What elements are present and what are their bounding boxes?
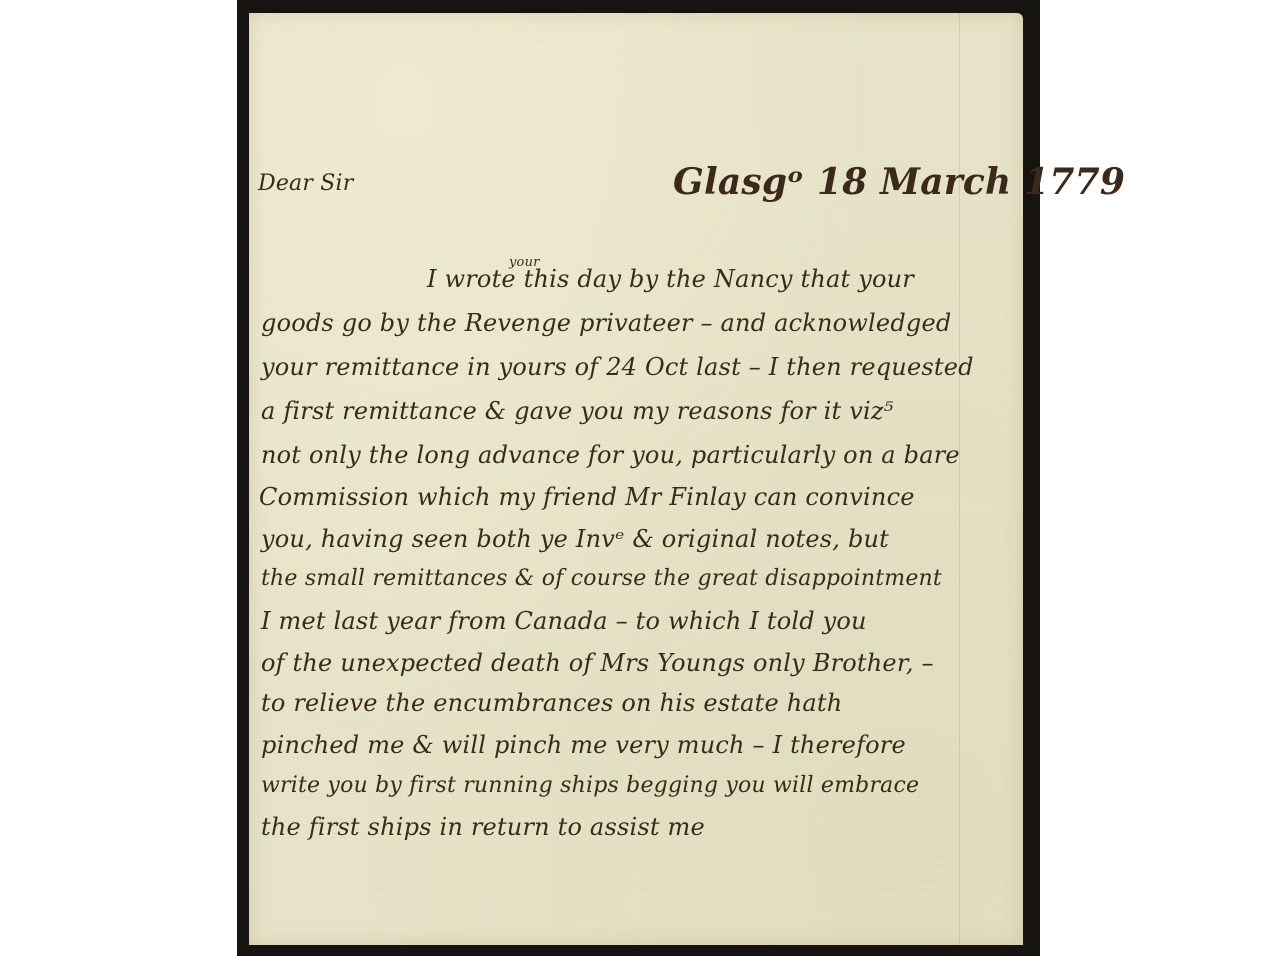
body-line-9: I met last year from Canada – to which I… <box>261 607 867 635</box>
body-line-12: pinched me & will pinch me very much – I… <box>261 731 906 759</box>
letter-paper: Dear Sir Glasgᵒ 18 March 1779 your I wro… <box>249 13 1023 945</box>
body-line-8: the small remittances & of course the gr… <box>261 566 942 591</box>
body-line-2: goods go by the Revenge privateer – and … <box>261 309 951 337</box>
place-date: Glasgᵒ 18 March 1779 <box>673 161 1125 203</box>
body-line-13: write you by first running ships begging… <box>261 773 919 798</box>
body-line-3: your remittance in yours of 24 Oct last … <box>261 353 974 381</box>
body-line-7: you, having seen both ye Invᵉ & original… <box>261 525 889 553</box>
body-line-11: to relieve the encumbrances on his estat… <box>261 689 842 717</box>
page: Dear Sir Glasgᵒ 18 March 1779 your I wro… <box>0 0 1276 956</box>
salutation: Dear Sir <box>258 171 354 196</box>
body-line-5: not only the long advance for you, parti… <box>261 441 960 469</box>
body-line-1: I wrote this day by the Nancy that your <box>427 265 914 293</box>
body-line-14: the first ships in return to assist me <box>261 813 705 841</box>
paper-fold-line <box>959 13 960 945</box>
body-line-4: a first remittance & gave you my reasons… <box>261 397 894 425</box>
body-line-6: Commission which my friend Mr Finlay can… <box>259 483 915 511</box>
body-line-10: of the unexpected death of Mrs Youngs on… <box>261 649 934 677</box>
